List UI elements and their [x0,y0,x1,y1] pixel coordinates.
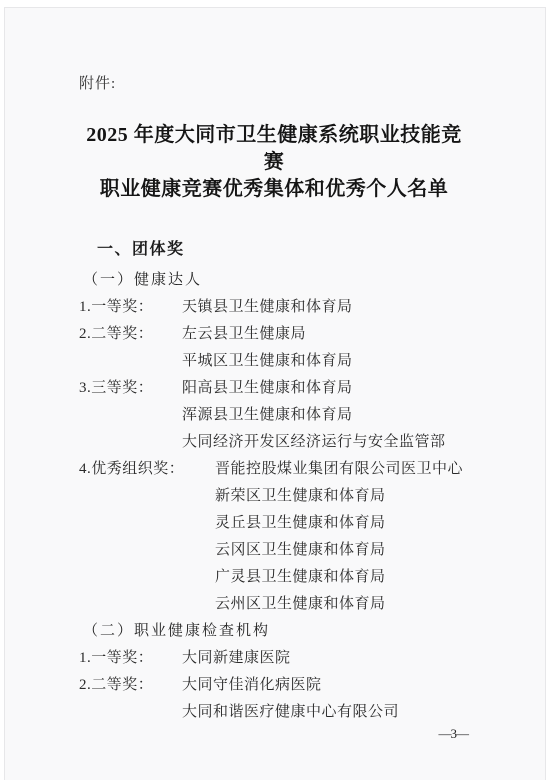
award-winner: 灵丘县卫生健康和体育局 [215,510,469,537]
attachment-label: 附件: [79,74,469,94]
award-winner: 大同经济开发区经济运行与安全监管部 [182,429,469,456]
award-winner-list: 大同守佳消化病医院 大同和谐医疗健康中心有限公司 [182,672,469,726]
section-heading-team-awards: 一、团体奖 [79,239,469,261]
award-winner: 新荣区卫生健康和体育局 [215,483,469,510]
award-winner: 天镇县卫生健康和体育局 [182,294,469,321]
award-winner: 阳高县卫生健康和体育局 [182,375,469,402]
title-line-1: 2025 年度大同市卫生健康系统职业技能竞赛 [79,122,469,176]
document-page: 附件: 2025 年度大同市卫生健康系统职业技能竞赛 职业健康竞赛优秀集体和优秀… [4,7,546,780]
document-viewport: 附件: 2025 年度大同市卫生健康系统职业技能竞赛 职业健康竞赛优秀集体和优秀… [0,0,550,780]
award-winner: 云州区卫生健康和体育局 [215,591,469,618]
award-rank-label: 2.二等奖： [79,672,182,699]
award-winner: 云冈区卫生健康和体育局 [215,537,469,564]
award-winner-list: 天镇县卫生健康和体育局 [182,294,469,321]
award-item-first-prize: 1.一等奖： 天镇县卫生健康和体育局 [79,294,469,321]
award-winner: 左云县卫生健康局 [182,321,469,348]
subsection-heading-occupational-health-exam: （二）职业健康检查机构 [79,618,469,645]
award-winner: 大同新建康医院 [182,645,469,672]
award-winner-list: 晋能控股煤业集团有限公司医卫中心 新荣区卫生健康和体育局 灵丘县卫生健康和体育局… [215,456,469,618]
award-list: （一）健康达人 1.一等奖： 天镇县卫生健康和体育局 2.二等奖： 左云县卫生健… [79,267,469,726]
award-rank-label: 2.二等奖： [79,321,182,348]
subsection-heading-health-talent: （一）健康达人 [79,267,469,294]
award-winner: 大同守佳消化病医院 [182,672,469,699]
award-rank-label: 4.优秀组织奖： [79,456,215,483]
award-item-first-prize: 1.一等奖： 大同新建康医院 [79,645,469,672]
award-winner: 晋能控股煤业集团有限公司医卫中心 [215,456,469,483]
award-item-organization-prize: 4.优秀组织奖： 晋能控股煤业集团有限公司医卫中心 新荣区卫生健康和体育局 灵丘… [79,456,469,618]
award-winner-list: 阳高县卫生健康和体育局 浑源县卫生健康和体育局 大同经济开发区经济运行与安全监管… [182,375,469,456]
award-rank-label: 3.三等奖： [79,375,182,402]
page-number: —3— [439,726,469,742]
award-winner: 浑源县卫生健康和体育局 [182,402,469,429]
award-winner: 广灵县卫生健康和体育局 [215,564,469,591]
document-title: 2025 年度大同市卫生健康系统职业技能竞赛 职业健康竞赛优秀集体和优秀个人名单 [79,122,469,203]
award-rank-label: 1.一等奖： [79,645,182,672]
title-line-2: 职业健康竞赛优秀集体和优秀个人名单 [79,176,469,203]
award-winner: 大同和谐医疗健康中心有限公司 [182,699,469,726]
award-winner-list: 左云县卫生健康局 平城区卫生健康和体育局 [182,321,469,375]
award-winner-list: 大同新建康医院 [182,645,469,672]
award-item-third-prize: 3.三等奖： 阳高县卫生健康和体育局 浑源县卫生健康和体育局 大同经济开发区经济… [79,375,469,456]
award-item-second-prize: 2.二等奖： 大同守佳消化病医院 大同和谐医疗健康中心有限公司 [79,672,469,726]
award-rank-label: 1.一等奖： [79,294,182,321]
award-winner: 平城区卫生健康和体育局 [182,348,469,375]
award-item-second-prize: 2.二等奖： 左云县卫生健康局 平城区卫生健康和体育局 [79,321,469,375]
